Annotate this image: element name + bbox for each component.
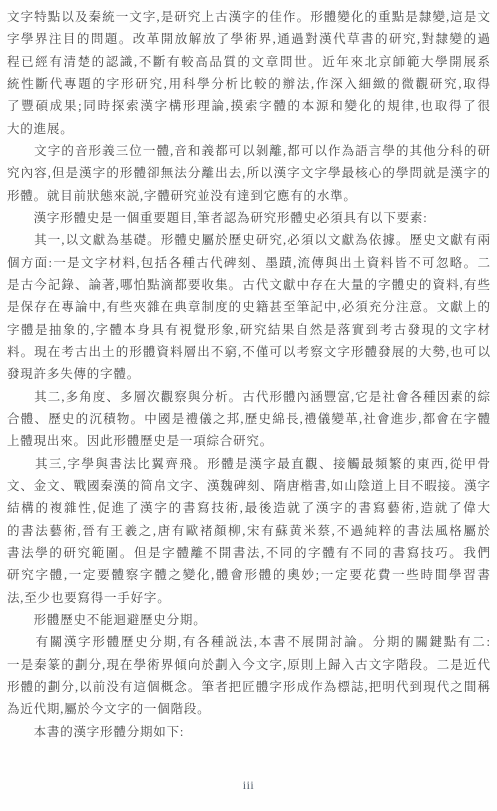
text-line: 結構的複雜性,促進了漢字的書寫技術,最後造就了漢字的書寫藝術,造就了偉大 <box>7 497 490 519</box>
text-line: 的書法藝術,晉有王羲之,唐有歐褚顏柳,宋有蘇黄米蔡,不過純粹的書法風格屬於 <box>7 520 490 542</box>
text-line: 其三,字學與書法比翼齊飛。形體是漢字最直觀、接觸最頻繁的東西,從甲骨 <box>7 453 490 475</box>
page-number: iii <box>0 778 497 793</box>
text-line: 料。現在考古出土的形體資料層出不窮,不僅可以考察文字形體發展的大勢,也可以 <box>7 341 490 363</box>
text-line: 形體歷史不能迴避歷史分期。 <box>7 609 490 631</box>
text-line: 是保存在專論中,有些夾雜在典章制度的史籍甚至筆記中,必須充分注意。文獻上的 <box>7 296 490 318</box>
text-line: 合體、歷史的沉積物。中國是禮儀之邦,歷史綿長,禮儀變革,社會進步,都會在字體 <box>7 408 490 430</box>
text-line: 形體的劃分,以前没有這個概念。筆者把匠體字形成作為標誌,把明代到現代之間稱 <box>7 676 490 698</box>
text-line: 個方面:一是文字材料,包括各種古代碑刻、墨蹟,流傳與出土資料皆不可忽略。二 <box>7 252 490 274</box>
text-line: 究內容,但是漢字的形體卻無法分離出去,所以漢字文字學最核心的學問就是漢字的 <box>7 162 490 184</box>
text-line: 文字的音形義三位一體,音和義都可以剝離,都可以作為語言學的其他分科的研 <box>7 140 490 162</box>
text-line: 統性斷代專題的字形研究,用科學分析比較的辦法,作深入細緻的微觀研究,取得 <box>7 73 490 95</box>
text-line: 本書的漢字形體分期如下: <box>7 721 490 743</box>
text-line: 書法學的研究範圍。但是字體離不開書法,不同的字體有不同的書寫技巧。我們 <box>7 542 490 564</box>
text-line: 漢字形體史是一個重要題目,筆者認為研究形體史必須具有以下要素: <box>7 207 490 229</box>
text-line: 法,至少也要寫得一手好字。 <box>7 587 490 609</box>
text-line: 文、金文、戰國秦漢的简帛文字、漢魏碑刻、隋唐楷書,如山陰道上目不暇接。漢字 <box>7 475 490 497</box>
text-block: 文字特點以及秦統一文字,是研究上古漢字的佳作。形體變化的重點是隸變,這是文字學界… <box>0 0 497 743</box>
text-line: 字學界注目的問題。改革開放解放了學術界,通過對漢代草書的研究,對隸變的過 <box>7 28 490 50</box>
text-line: 發現許多失傳的字體。 <box>7 363 490 385</box>
text-line: 形體。就目前狀態來説,字體研究並没有達到它應有的水準。 <box>7 185 490 207</box>
text-line: 一是秦篆的劃分,現在學術界傾向於劃入今文字,原則上歸入古文字階段。二是近代 <box>7 654 490 676</box>
text-line: 字體是抽象的,字體本身具有視覺形象,研究結果自然是落實到考古發現的文字材 <box>7 319 490 341</box>
text-line: 為近代期,屬於今文字的一個階段。 <box>7 698 490 720</box>
text-line: 研究字體,一定要體察字體之變化,體會形體的奧妙;一定要花費一些時間學習書 <box>7 564 490 586</box>
text-line: 是古今記錄、論著,哪怕點滴都要收集。古代文獻中存在大量的字體史的資料,有些 <box>7 274 490 296</box>
text-line: 了豐碩成果;同時探索漢字構形理論,摸索字體的本源和變化的規律,也取得了很 <box>7 95 490 117</box>
text-line: 程已經有清楚的認識,不斷有較高品質的文章問世。近年來北京師範大學開展系 <box>7 51 490 73</box>
document-page: 文字特點以及秦統一文字,是研究上古漢字的佳作。形體變化的重點是隸變,這是文字學界… <box>0 0 497 811</box>
text-line: 大的進展。 <box>7 118 490 140</box>
text-line: 其一,以文獻為基礎。形體史屬於歷史研究,必須以文獻為依據。歷史文獻有兩 <box>7 229 490 251</box>
text-line: 上體現出來。因此形體歷史是一項綜合研究。 <box>7 430 490 452</box>
text-line: 其二,多角度、多層次觀察與分析。古代形體內涵豐富,它是社會各種因素的綜 <box>7 386 490 408</box>
text-line: 文字特點以及秦統一文字,是研究上古漢字的佳作。形體變化的重點是隸變,這是文 <box>7 6 490 28</box>
text-line: 有關漢字形體歷史分期,有各種説法,本書不展開討論。分期的關鍵點有二: <box>7 631 490 653</box>
